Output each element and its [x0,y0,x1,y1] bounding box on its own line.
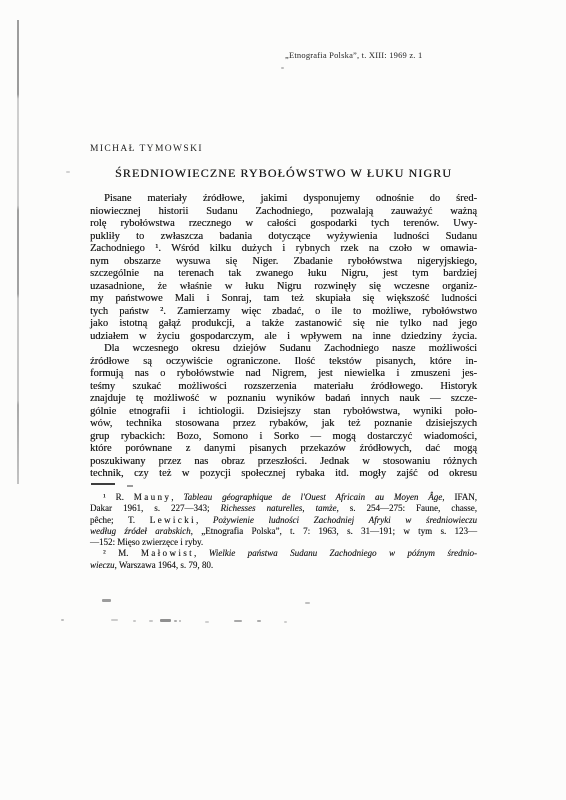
footnote-segment: Richesses naturelles [221,503,303,513]
scan-artifact [102,599,111,602]
footnote-segment: ² M. [103,548,141,558]
footnote-segment: , „Etnografia Polska”, t. 7: 1963, s. 31… [191,526,477,536]
body-line: znajduje tę możliwość w poznaniu wyników… [90,393,477,406]
body-line: poszukiwany przez nas obraz przeszłości.… [90,456,477,469]
footnote-line: wieczu, Warszawa 1964, s. 79, 80. [90,560,477,571]
body-line: nym obszarze wysuwa się Niger. Zbadanie … [90,256,477,269]
body-line: niowiecznej historii Sudanu Zachodniego,… [90,206,477,219]
scan-artifact [284,621,287,623]
footnote-segment: , IFAN, [442,492,477,502]
body-line: gólnie etnografii i ichtiologii. Dzisiej… [90,406,477,419]
footnote-segment: Tableau géographique de l'Ouest Africain… [183,492,442,502]
scan-artifact [305,602,310,604]
footnote-line: pêche; T. Lewicki, Pożywienie ludności Z… [90,515,477,526]
footnote-line: ¹ R. Mauny, Tableau géographique de l'Ou… [90,492,477,503]
body-line: pukliły to zwłaszcza badania dotyczące w… [90,231,477,244]
scan-artifact [149,620,153,622]
scan-artifact [174,620,177,622]
footnotes: ¹ R. Mauny, Tableau géographique de l'Ou… [90,492,477,571]
author-name: MICHAŁ TYMOWSKI [90,144,203,154]
body-text: Pisane materiały źródłowe, jakimi dyspon… [90,193,477,481]
body-line: które porównane z danymi pisanych przeka… [90,443,477,456]
footnote-segment: Dakar 1961, s. 227—343; [90,503,221,513]
scan-artifact [127,485,133,487]
body-line: Dla wczesnego okresu dziejów Sudanu Zach… [90,343,477,356]
body-line: rolę rybołówstwa rzecznego w całości gos… [90,218,477,231]
footnote-line: ² M. Małowist, Wielkie państwa Sudanu Za… [90,548,477,559]
body-line: technik, czy też w pozycji społecznej ry… [90,468,477,481]
body-line: Zachodniego ¹. Wśród kilku dużych i rybn… [90,243,477,256]
footnote-line: według źródeł arabskich, „Etnografia Pol… [90,526,477,537]
body-line: uzasadnione, że właśnie w łuku Nigru roz… [90,281,477,294]
footnote-rule [91,483,115,485]
body-line: teśmy szukać możliwości rozszerzenia mat… [90,381,477,394]
body-line: udziałem w życiu gospodarczym, ale i wpł… [90,331,477,344]
body-line: my państwowe Mali i Sonraj, tam też skup… [90,293,477,306]
footnote-line: —152: Mięso zwierzęce i ryby. [90,537,477,548]
scan-artifact [281,67,284,69]
body-line: Pisane materiały źródłowe, jakimi dyspon… [90,193,477,206]
footnote-segment: Wielkie państwa Sudanu Zachodniego w póź… [209,548,477,558]
footnote-segment: Pożywienie ludności Zachodniej Afryki w … [213,515,477,525]
scan-artifact [160,619,171,622]
footnote-line: Dakar 1961, s. 227—343; Richesses nature… [90,503,477,514]
footnote-segment: ¹ R. [103,492,134,502]
body-line: tych państw ². Zamierzamy więc zbadać, o… [90,306,477,319]
footnote-segment: Lewicki [150,515,196,525]
scan-edge-line [17,20,19,484]
article-title: ŚREDNIOWIECZNE RYBOŁÓWSTWO W ŁUKU NIGRU [90,166,477,181]
footnote-segment: , [196,515,213,525]
body-line: szczególnie na terenach tak zwanego łuku… [90,268,477,281]
body-line: formują nas o rybołówstwie nad Nigrem, j… [90,368,477,381]
scan-artifact [111,619,118,621]
scan-artifact [133,620,136,622]
footnote-segment: Małowist [141,548,194,558]
scan-artifact [61,619,64,621]
body-line: wów, technika stosowana przez rybaków, j… [90,418,477,431]
footnote-segment: pêche; T. [90,515,150,525]
footnote-segment: tamże [315,503,336,513]
scan-artifact [66,171,70,173]
journal-header: „Etnografia Polska”, t. XIII: 1969 z. 1 [285,50,425,60]
body-line: grup rybackich: Bozo, Somono i Sorko — m… [90,431,477,444]
scanned-page: „Etnografia Polska”, t. XIII: 1969 z. 1 … [0,0,566,800]
scan-artifact [205,621,209,623]
footnote-segment: wieczu [90,560,115,570]
footnote-segment: , s. 254—275: Faune, chasse, [336,503,477,513]
footnote-segment: , [194,548,209,558]
body-line: jako istotną gałąź produkcji, a także za… [90,318,477,331]
scan-artifact [257,620,261,622]
footnote-segment: według źródeł arabskich [90,526,191,536]
footnote-segment: , Warszawa 1964, s. 79, 80. [115,560,214,570]
body-line: źródłowe są oczywiście ograniczone. Iloś… [90,356,477,369]
scan-artifact [234,620,242,622]
footnote-segment: Mauny [134,492,172,502]
scan-artifact [179,620,181,622]
footnote-segment: , [302,503,315,513]
footnote-segment: , [171,492,183,502]
footnote-segment: —152: Mięso zwierzęce i ryby. [90,537,203,547]
